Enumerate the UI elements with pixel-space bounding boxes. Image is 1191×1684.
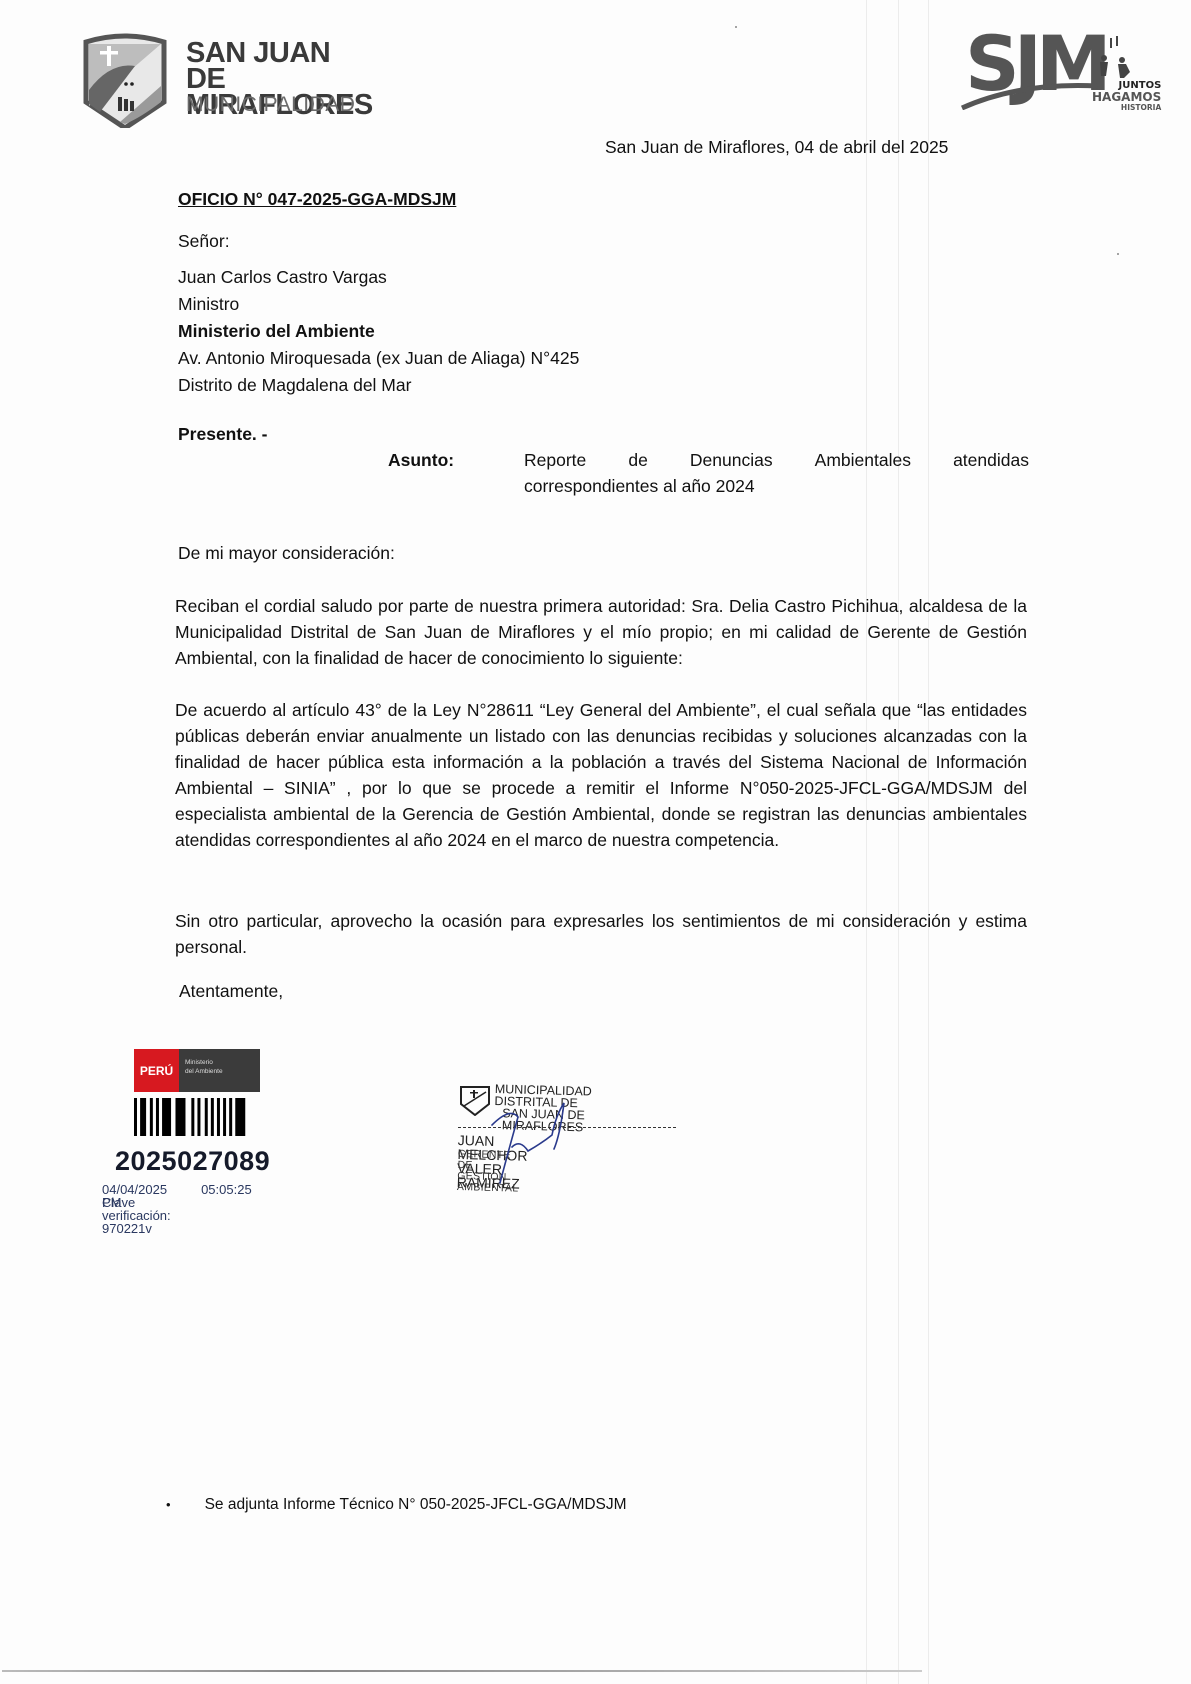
attachment-note: •Se adjunta Informe Técnico N° 050-2025-… <box>166 1496 627 1514</box>
subject-line-1: Reporte de Denuncias Ambientales atendid… <box>524 447 1029 473</box>
subject-text: Reporte de Denuncias Ambientales atendid… <box>524 447 1029 499</box>
place-date: San Juan de Miraflores, 04 de abril del … <box>605 134 948 160</box>
registry-number: 2025027089 <box>115 1146 270 1177</box>
shield-crest-icon <box>80 32 170 128</box>
paragraph-intro: Reciban el cordial saludo por parte de n… <box>175 593 1027 671</box>
barcode-icon <box>134 1098 279 1136</box>
recipient-district: Distrito de Magdalena del Mar <box>178 372 579 399</box>
document-reference: OFICIO N° 047-2025-GGA-MDSJM <box>178 189 456 210</box>
scan-speck <box>1117 253 1119 255</box>
logo-subtitle: MUNICIPALIDAD <box>186 94 355 116</box>
recipient-name: Juan Carlos Castro Vargas <box>178 264 579 291</box>
greeting: De mi mayor consideración: <box>178 540 395 566</box>
scan-bottom-edge <box>2 1670 922 1672</box>
recipient-block: Juan Carlos Castro Vargas Ministro Minis… <box>178 264 579 399</box>
badge-country: PERÚ <box>134 1049 179 1092</box>
closing: Atentamente, <box>179 978 283 1004</box>
presente-label: Presente. - <box>178 421 267 447</box>
subject-label: Asunto: <box>388 447 454 473</box>
scan-speck <box>735 26 737 28</box>
attachment-text: Se adjunta Informe Técnico N° 050-2025-J… <box>205 1496 627 1513</box>
recipient-address: Av. Antonio Miroquesada (ex Juan de Alia… <box>178 345 579 372</box>
ministry-badge: PERÚ Ministerio del Ambiente <box>134 1049 260 1092</box>
badge-entity: Ministerio del Ambiente <box>179 1049 260 1092</box>
swoosh-decoration <box>960 80 1100 110</box>
sjm-tagline: JUNTOS HAGAMOS HISTORIA <box>1092 80 1161 112</box>
recipient-organization: Ministerio del Ambiente <box>178 318 579 345</box>
salutation-label: Señor: <box>178 228 230 254</box>
handwritten-signature <box>470 1095 630 1185</box>
bullet: • <box>166 1497 171 1512</box>
paragraph-legal-basis: De acuerdo al artículo 43° de la Ley N°2… <box>175 697 1027 853</box>
subject-line-2: correspondientes al año 2024 <box>524 473 1029 499</box>
paragraph-farewell: Sin otro particular, aprovecho la ocasió… <box>175 908 1027 960</box>
flag-bearers-icon <box>1090 36 1140 84</box>
recipient-title: Ministro <box>178 291 579 318</box>
verification-key: Clave verificación: 970221v <box>102 1196 171 1235</box>
